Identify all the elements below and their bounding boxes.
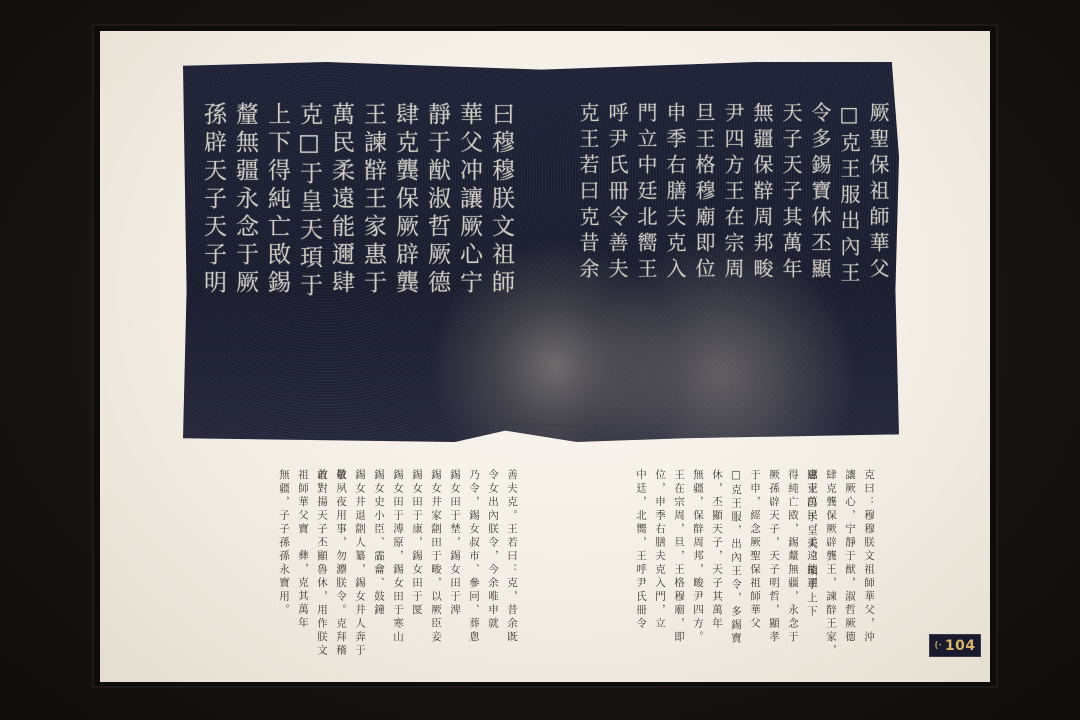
transcription-column: 錫女田于埜，錫女田于渒 <box>445 469 464 669</box>
transcription-column: 王在宗周，旦，王格穆廟，即 <box>669 469 688 669</box>
rubbing-column: 上下得純亡敃錫 <box>263 102 291 301</box>
transcription-column: 錫女井退劏人纂，錫女井人奔于量 <box>350 469 369 669</box>
rubbing-column: 呼尹氏冊令善夫 <box>604 102 629 288</box>
rubbing-column: 申季右膳夫克入 <box>662 102 687 288</box>
transcription-column: 錫女井家劏田于畯，以厥臣妾 <box>426 469 445 669</box>
transcription-column: 肆克龔保厥辟龔王，諫辥王家，惠于萬民，柔遠能邇 <box>821 469 840 669</box>
transcription-column: 克曰：穆穆朕文祖師華父，沖 <box>859 469 878 669</box>
transcription-column: 中廷，北嚮，王呼尹氏冊令 <box>631 469 650 669</box>
transcription-column: 無疆，子子孫孫永寶用。 <box>274 469 293 669</box>
rubbing-column: □克王服出內王 <box>836 102 861 288</box>
rubbing-column: 令多錫寶休丕顯 <box>807 102 832 288</box>
transcription-column: 得純亡敃，錫釐無疆，永念于 <box>783 469 802 669</box>
rubbing-column: 肆克龔保厥辟龔 <box>391 102 419 301</box>
rubbing-column: 厥聖保祖師華父 <box>865 102 890 288</box>
rubbing-column: 克王若曰克昔余 <box>575 102 600 288</box>
label-prefix: (· <box>934 641 942 651</box>
rubbing-column: 無疆保辥周邦畯 <box>749 102 774 288</box>
rubbing-column: 王諫辥王家惠于 <box>359 102 387 301</box>
rubbing-column: 曰穆穆朕文祖師 <box>487 102 515 301</box>
transcription-column: 位，申季右膳夫克入門，立 <box>650 469 669 669</box>
rubbing-left-block: 曰穆穆朕文祖師 華父冲讓厥心宁 靜于猷淑哲厥德 肆克龔保厥辟龔 王諫辥王家惠于 … <box>199 102 515 301</box>
exhibit-number-label: (· 104 <box>929 634 981 657</box>
rubbing-column: 萬民柔遠能邇肆 <box>327 102 355 301</box>
rubbing-column: 釐無疆永念于厥 <box>231 102 259 301</box>
rubbing-column: 孫辟天子天子明 <box>199 102 227 301</box>
transcription-column: □克王服，出內王令，多錫寶 <box>726 469 745 669</box>
inscription-rubbing: 曰穆穆朕文祖師 華父冲讓厥心宁 靜于猷淑哲厥德 肆克龔保厥辟龔 王諫辥王家惠于 … <box>183 62 899 442</box>
transcription-text: 克曰：穆穆朕文祖師華父，沖 讓厥心，宁靜于猷，淑哲厥德 肆克龔保厥辟龔王，諫辥王… <box>188 469 878 669</box>
transcription-column: 讓厥心，宁靜于猷，淑哲厥德 <box>840 469 859 669</box>
rubbing-column: 克□于皇天頊于 <box>295 102 323 301</box>
transcription-column: 乃令，錫女叔市、參冋、葬悤 <box>464 469 483 669</box>
rubbing-crack-line <box>470 423 590 439</box>
transcription-column: 錫女田于康，錫女田于匽 <box>407 469 426 669</box>
transcription-column: 令女出內朕令，今余唯申就 <box>483 469 502 669</box>
rubbing-column: 哲顯孝于申經念 <box>894 102 919 288</box>
rubbing-column: 華父冲讓厥心宁 <box>455 102 483 301</box>
rubbing-column: 門立中廷北嚮王 <box>633 102 658 288</box>
rubbing-column: 天子天子其萬年 <box>778 102 803 288</box>
rubbing-column: 尹四方王在宗周 <box>720 102 745 288</box>
transcription-column: 善夫克。王若曰：克，昔余既 <box>502 469 521 669</box>
transcription-column: 休，丕顯天子，天子其萬年 <box>707 469 726 669</box>
transcription-column: 敬夙夜用事，勿灋朕令。克拜稽首 <box>331 469 350 669</box>
rubbing-right-block: 哲顯孝于申經念 厥聖保祖師華父 □克王服出內王 令多錫寶休丕顯 天子天子其萬年 … <box>575 102 919 288</box>
transcription-column: 敢對揚天子丕顯魯休，用作朕文 <box>312 469 331 669</box>
lightbox-panel: 曰穆穆朕文祖師 華父冲讓厥心宁 靜于猷淑哲厥德 肆克龔保厥辟龔 王諫辥王家惠于 … <box>100 31 990 682</box>
transcription-column: 錫女田于溥原，錫女田于寒山 <box>388 469 407 669</box>
rubbing-column: 旦王格穆廟即位 <box>691 102 716 288</box>
transcription-column: 于申，經念厥聖保祖師華父 <box>745 469 764 669</box>
transcription-column: 無疆，保辥周邦，畯尹四方。 <box>688 469 707 669</box>
column-group-gap <box>521 469 631 669</box>
transcription-column: 厥孫辟天子，天子明哲，顯孝 <box>764 469 783 669</box>
transcription-column: 祖師華父寶𪕽彝，克其萬年 <box>293 469 312 669</box>
exhibit-number: 104 <box>945 638 976 654</box>
transcription-column: 錫女史小臣、霝龠、鼓鐘 <box>369 469 388 669</box>
rubbing-column: 靜于猷淑哲厥德 <box>423 102 451 301</box>
